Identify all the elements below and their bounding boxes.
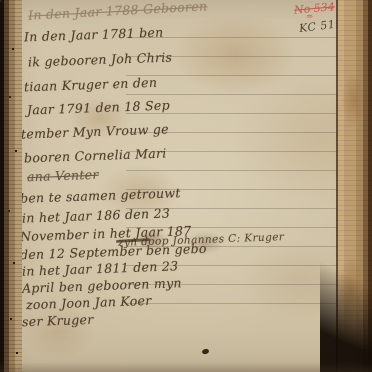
corner-shadow — [320, 212, 372, 372]
manuscript-line: ser Kruger — [22, 313, 94, 329]
book-binding-left — [0, 0, 22, 372]
binding-specks — [0, 0, 2, 2]
bottom-shade — [0, 362, 372, 372]
manuscript-photo: In den Jaar 1788 Gebooren In den Jaar 17… — [0, 0, 372, 372]
manuscript-line-struck: ana Venter — [27, 168, 99, 184]
